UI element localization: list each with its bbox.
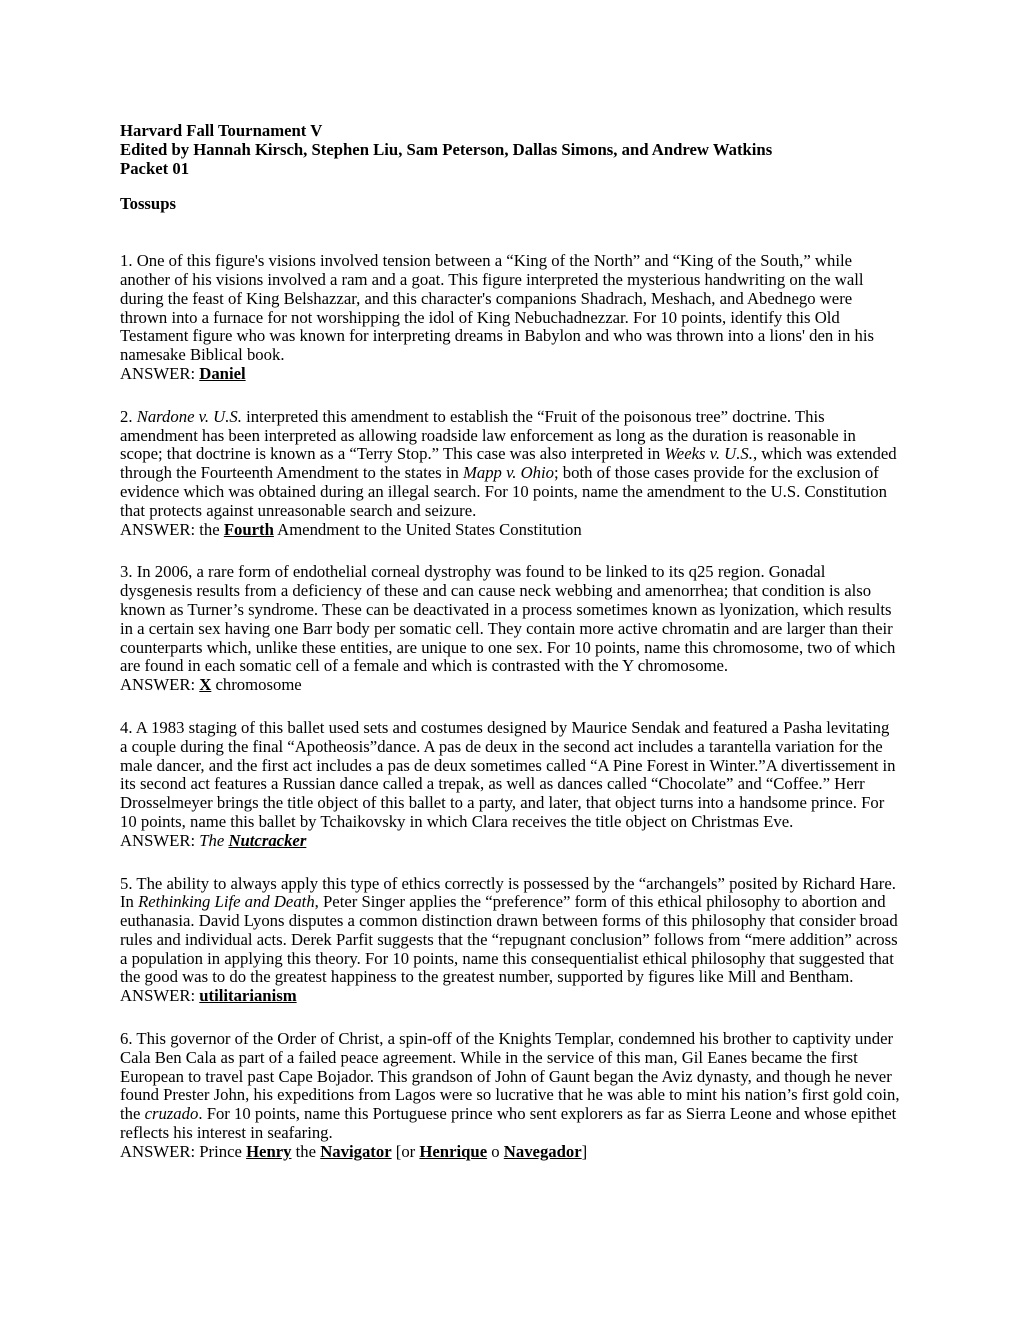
text-run: Amendment to the United States Constitut… [274, 520, 582, 539]
text-run: Weeks v. U.S. [664, 444, 753, 463]
questions-list: 1. One of this figure's visions involved… [120, 252, 900, 1161]
question-answer: ANSWER: The Nutcracker [120, 832, 900, 851]
text-run: 1. One of this figure's visions involved… [120, 251, 874, 364]
question-block: 3. In 2006, a rare form of endothelial c… [120, 563, 900, 695]
question-block: 2. Nardone v. U.S. interpreted this amen… [120, 408, 900, 540]
text-run: The [199, 831, 228, 850]
text-run: ANSWER: [120, 675, 199, 694]
text-run: Mapp v. Ohio [463, 463, 554, 482]
text-run: . For 10 points, name this Portuguese pr… [120, 1104, 896, 1142]
document-page: Harvard Fall Tournament V Edited by Hann… [0, 0, 1020, 1320]
question-answer: ANSWER: utilitarianism [120, 987, 900, 1006]
text-run: chromosome [211, 675, 301, 694]
packet-label: Packet 01 [120, 160, 900, 179]
question-answer: ANSWER: Daniel [120, 365, 900, 384]
question-block: 1. One of this figure's visions involved… [120, 252, 900, 384]
text-run: ANSWER: [120, 986, 199, 1005]
text-run: 4. A 1983 staging of this ballet used se… [120, 718, 896, 831]
text-run: 2. [120, 407, 137, 426]
question-body: 3. In 2006, a rare form of endothelial c… [120, 563, 900, 676]
question-answer: ANSWER: the Fourth Amendment to the Unit… [120, 521, 900, 540]
text-run: Navigator [320, 1142, 391, 1161]
text-run: Rethinking Life and Death [138, 892, 315, 911]
text-run: [or [392, 1142, 420, 1161]
text-run: Daniel [199, 364, 245, 383]
tournament-title: Harvard Fall Tournament V [120, 122, 900, 141]
text-run: Fourth [224, 520, 274, 539]
text-run: o [487, 1142, 504, 1161]
text-run: Navegador [504, 1142, 582, 1161]
editors-line: Edited by Hannah Kirsch, Stephen Liu, Sa… [120, 141, 900, 160]
question-body: 6. This governor of the Order of Christ,… [120, 1030, 900, 1143]
text-run: Henrique [419, 1142, 487, 1161]
text-run: X [199, 675, 211, 694]
question-body: 2. Nardone v. U.S. interpreted this amen… [120, 408, 900, 521]
question-answer: ANSWER: X chromosome [120, 676, 900, 695]
text-run: Nutcracker [228, 831, 306, 850]
text-run: Nardone v. U.S. [137, 407, 242, 426]
question-block: 5. The ability to always apply this type… [120, 875, 900, 1007]
section-heading: Tossups [120, 195, 900, 214]
text-run: 3. In 2006, a rare form of endothelial c… [120, 562, 895, 675]
question-body: 4. A 1983 staging of this ballet used se… [120, 719, 900, 832]
question-block: 4. A 1983 staging of this ballet used se… [120, 719, 900, 851]
question-block: 6. This governor of the Order of Christ,… [120, 1030, 900, 1162]
question-answer: ANSWER: Prince Henry the Navigator [or H… [120, 1143, 900, 1162]
document-header: Harvard Fall Tournament V Edited by Hann… [120, 122, 900, 178]
text-run: the [292, 1142, 321, 1161]
text-run: cruzado [145, 1104, 199, 1123]
text-run: ANSWER: [120, 831, 199, 850]
text-run: ANSWER: the [120, 520, 224, 539]
text-run: ANSWER: Prince [120, 1142, 246, 1161]
question-body: 1. One of this figure's visions involved… [120, 252, 900, 365]
text-run: Henry [246, 1142, 291, 1161]
text-run: ANSWER: [120, 364, 199, 383]
text-run: ] [582, 1142, 588, 1161]
text-run: utilitarianism [199, 986, 296, 1005]
question-body: 5. The ability to always apply this type… [120, 875, 900, 988]
